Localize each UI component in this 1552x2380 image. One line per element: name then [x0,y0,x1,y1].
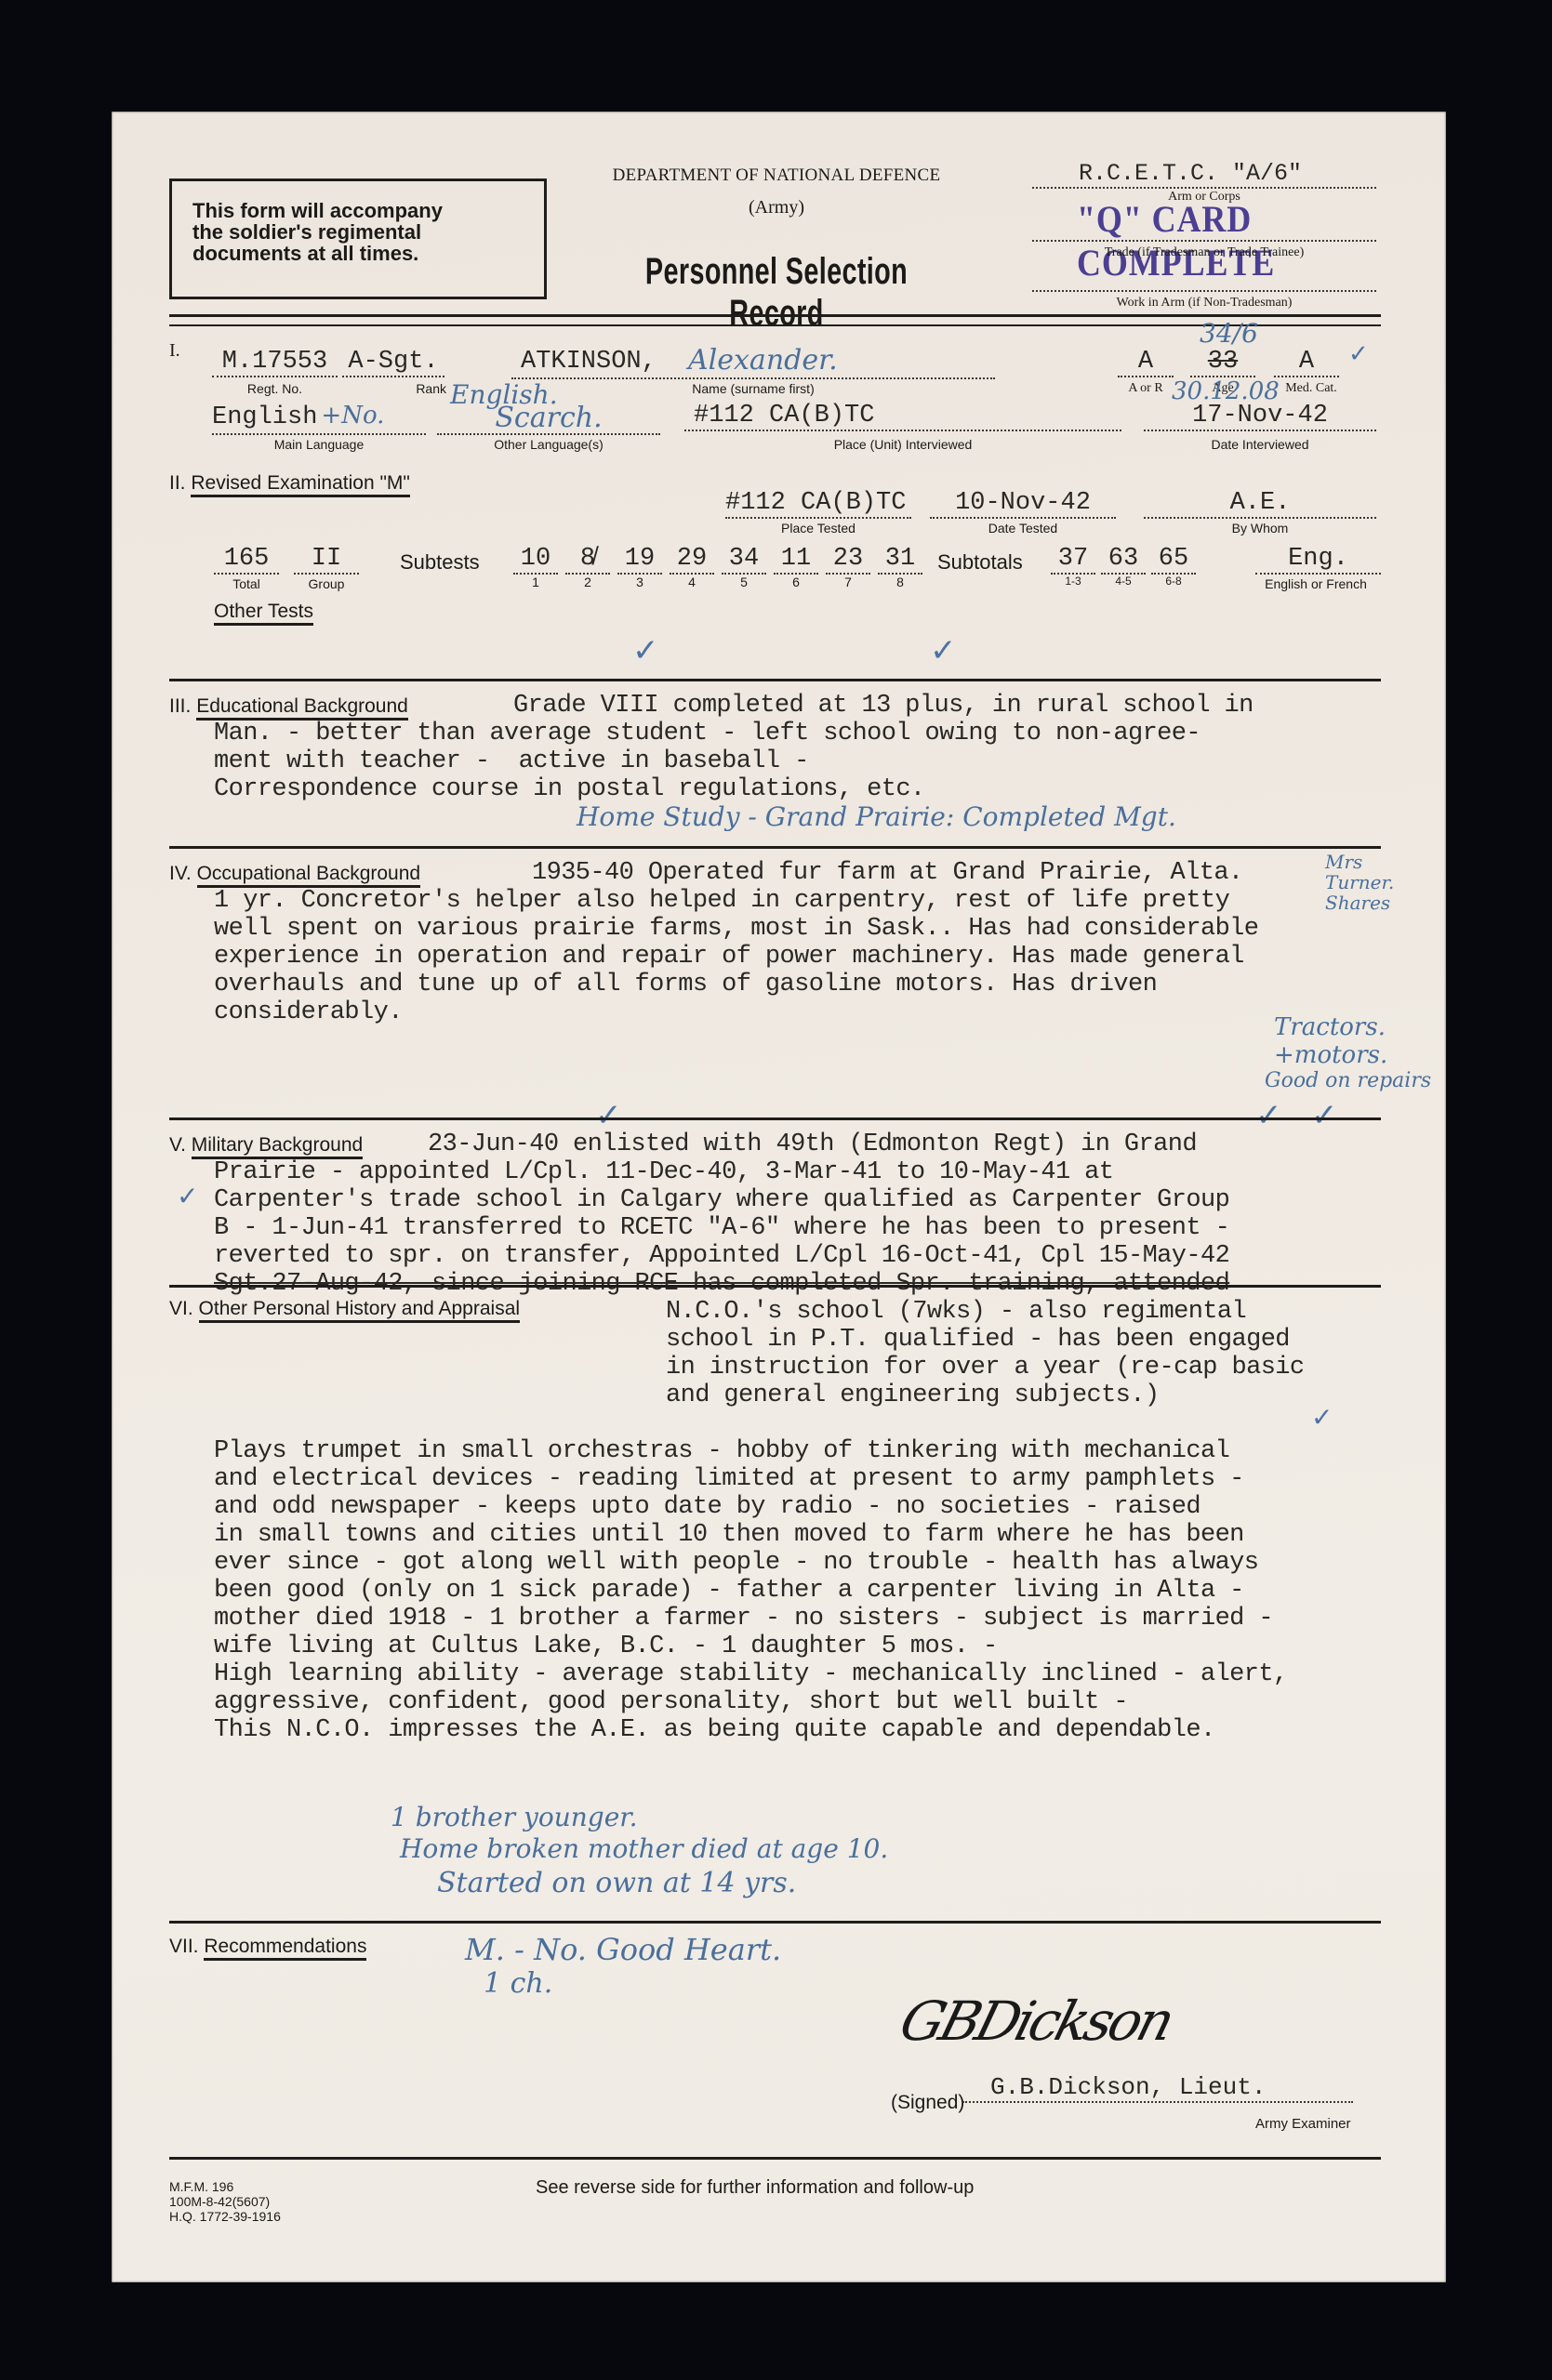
subtest-number: 2 [565,575,610,589]
subtotals-label: Subtotals [937,550,1023,575]
military-text-line: 23-Jun-40 enlisted with 49th (Edmonton R… [428,1130,1197,1158]
group-value: II [294,545,359,575]
handwritten-note: 1 brother younger. [391,1802,637,1832]
subtest-score: 29 [670,545,714,575]
subtotal-item: 371-3 [1051,545,1095,588]
appraisal-text-line: aggressive, confident, good personality,… [214,1688,1128,1716]
subtest-number: 6 [774,575,818,589]
appraisal-text-line: This N.C.O. impresses the A.E. as being … [214,1716,1215,1744]
subtotal-item: 656-8 [1151,545,1196,588]
date-tested-label: Date Tested [930,521,1116,535]
subtotal-score: 65 [1151,545,1196,575]
section-4-heading: IV. Occupational Background [169,863,420,885]
handwritten-note: Home broken mother died at age 10. [400,1833,888,1864]
subtest-number: 4 [670,575,714,589]
appraisal-side-line: N.C.O.'s school (7wks) - also regimental [666,1298,1246,1326]
appraisal-text-line: been good (only on 1 sick parade) - fath… [214,1577,1244,1605]
military-text-line: B - 1-Jun-41 transferred to RCETC "A-6" … [214,1214,1229,1242]
appraisal-side-line: in instruction for over a year (re-cap b… [666,1354,1305,1382]
subtest-number: 1 [513,575,558,589]
subtests-list: 101 8̸2 193 294 345 116 237 318 [513,545,922,589]
subtest-score: 19 [617,545,662,575]
handwritten-education-note: Home Study - Grand Prairie: Completed Mg… [577,801,1176,832]
name-field: ATKINSON, Alexander. [511,348,995,379]
arm-or-corps-value: R.C.E.T.C. "A/6" [1032,160,1376,189]
subtotal-item: 634-5 [1101,545,1146,588]
examiner-name: G.B.Dickson, Lieut. [962,2073,1353,2103]
given-name-handwritten: Alexander. [688,344,838,377]
appraisal-text-line: wife living at Cultus Lake, B.C. - 1 dau… [214,1633,998,1660]
subtest-number: 8 [878,575,922,589]
handwritten-note: Started on own at 14 yrs. [437,1867,796,1899]
handwritten-margin-note: Mrs Turner. Shares [1325,852,1427,913]
subtotal-score: 37 [1051,545,1095,575]
section-3-title: Educational Background [196,695,408,721]
section-4-title: Occupational Background [197,863,421,888]
occupation-text-line: overhauls and tune up of all forms of ga… [214,971,1157,998]
education-text-line: Correspondence course in postal regulati… [214,775,925,803]
age-value: 33 [1190,348,1255,377]
surname-value: ATKINSON, [521,348,657,376]
notice-box: This form will accompany the soldier's r… [169,178,547,299]
other-tests-label: Other Tests [214,601,313,626]
section-6-numeral: VI. [169,1298,193,1319]
total-score-label: Total [214,576,279,591]
occupation-text-line: well spent on various prairie farms, mos… [214,915,1258,943]
section-3-heading: III. Educational Background [169,695,408,718]
by-whom-value: A.E. [1144,489,1376,519]
education-text-line: Grade VIII completed at 13 plus, in rura… [513,692,1254,720]
section-4-numeral: IV. [169,863,192,884]
examiner-signature: GBDickson [894,1990,1178,2053]
total-score-value: 165 [214,545,279,575]
section-divider [169,1285,1381,1288]
notice-line: This form will accompany [192,200,531,221]
other-language-handwritten: Scarch. [437,402,660,435]
subtests-label: Subtests [400,550,480,575]
appraisal-side-line: and general engineering subjects.) [666,1382,1160,1409]
form-code: 100M-8-42(5607) [169,2194,270,2209]
footer-note: See reverse side for further information… [536,2177,974,2199]
section-2-numeral: II. [169,472,186,494]
subtest-item: 101 [513,545,558,589]
footer-divider [169,2157,1381,2160]
military-text-line: Carpenter's trade school in Calgary wher… [214,1186,1229,1214]
section-divider [169,1117,1381,1120]
department-label: DEPARTMENT OF NATIONAL DEFENCE [567,165,986,186]
personnel-selection-record: This form will accompany the soldier's r… [112,112,1446,2282]
appraisal-text-line: ever since - got along well with people … [214,1549,1258,1577]
appraisal-text-line: and odd newspaper - keeps upto date by r… [214,1493,1200,1521]
checkmark-icon: ✓ [1311,1402,1333,1433]
subtest-item: 193 [617,545,662,589]
group-label: Group [294,576,359,591]
section-5-heading: V. Military Background [169,1134,363,1157]
subtotal-range: 4-5 [1101,575,1146,588]
main-language-handwritten: +No. [321,402,384,430]
language-label: English or French [1246,576,1386,591]
checkmark-icon: ✓ [177,1181,198,1211]
appraisal-text-line: High learning ability - average stabilit… [214,1660,1288,1688]
section-6-title: Other Personal History and Appraisal [199,1298,521,1323]
occupation-text-line: 1 yr. Concretor's helper also helped in … [214,887,1229,915]
subtest-item: 116 [774,545,818,589]
branch-label: (Army) [567,197,986,218]
main-language-label: Main Language [212,437,426,452]
other-tests-heading: Other Tests [214,601,313,623]
section-7-numeral: VII. [169,1936,199,1957]
section-7-title: Recommendations [204,1936,366,1961]
section-5-numeral: V. [169,1134,186,1156]
checkmark-icon: ✓ [595,1097,622,1134]
work-in-arm-label: Work in Arm (if Non-Tradesman) [1032,296,1376,311]
subtest-item: 318 [878,545,922,589]
education-text-line: Man. - better than average student - lef… [214,720,1200,747]
section-6-heading: VI. Other Personal History and Appraisal [169,1298,520,1320]
subtotals-list: 371-3 634-5 656-8 [1051,545,1196,588]
notice-line: the soldier's regimental [192,221,531,243]
section-divider [169,679,1381,681]
subtotal-score: 63 [1101,545,1146,575]
date-tested-value: 10-Nov-42 [930,489,1116,519]
place-tested-label: Place Tested [725,521,911,535]
appraisal-text-line: in small towns and cities until 10 then … [214,1521,1244,1549]
med-cat-value: A [1274,348,1339,377]
subtest-score: 10 [513,545,558,575]
subtest-number: 7 [826,575,870,589]
subtest-score: 34 [722,545,766,575]
subtest-score: 23 [826,545,870,575]
military-text-line: Prairie - appointed L/Cpl. 11-Dec-40, 3-… [214,1158,1113,1186]
form-code: M.F.M. 196 [169,2179,233,2194]
section-divider [169,846,1381,849]
regt-no-value: M.17553 [212,348,338,377]
checkmark-icon: ✓ [1348,340,1369,368]
signed-label: (Signed) [891,2092,964,2114]
subtest-score: 11 [774,545,818,575]
section-5-title: Military Background [192,1134,363,1159]
work-in-arm-line [1032,290,1376,292]
subtest-item: 8̸2 [565,545,610,589]
handwritten-note: Tractors. [1274,1013,1386,1041]
handwritten-recommendation: M. - No. Good Heart. [465,1932,781,1967]
language-value: Eng. [1255,545,1381,575]
occupation-text-line: considerably. [214,998,403,1026]
main-language-value: English [212,403,317,431]
trade-line [1032,240,1376,242]
notice-line: documents at all times. [192,243,531,264]
date-interviewed-value: 17-Nov-42 [1144,402,1376,431]
occupation-text-line: experience in operation and repair of po… [214,943,1244,971]
section-2-heading: II. Revised Examination "M" [169,472,410,495]
med-cat-label: Med. Cat. [1265,381,1358,396]
appraisal-text-line: Plays trumpet in small orchestras - hobb… [214,1437,1229,1465]
struck-military-text-line: Sgt.27-Aug-42, since joining RCE has com… [214,1270,1229,1298]
rank-label: Rank [391,381,446,396]
appraisal-text-line: mother died 1918 - 1 brother a farmer - … [214,1605,1273,1633]
section-7-heading: VII. Recommendations [169,1936,366,1958]
subtest-score: 8̸ [565,545,610,575]
subtest-item: 345 [722,545,766,589]
place-interviewed-value: #112 CA(B)TC [684,402,1121,431]
checkmark-icon: ✓ [632,632,659,669]
subtest-item: 294 [670,545,714,589]
subtotal-range: 1-3 [1051,575,1095,588]
appraisal-text-line: and electrical devices - reading limited… [214,1465,1244,1493]
checkmark-icon: ✓ [930,632,957,669]
section-3-numeral: III. [169,695,191,717]
subtest-number: 5 [722,575,766,589]
section-divider [169,1921,1381,1924]
handwritten-note: +motors. [1274,1041,1387,1069]
subtest-score: 31 [878,545,922,575]
education-text-line: ment with teacher - active in baseball - [214,747,809,775]
section-2-title: Revised Examination "M" [191,472,410,497]
section-1-numeral: I. [169,340,180,362]
form-code: H.Q. 1772-39-1916 [169,2209,281,2224]
military-text-line: reverted to spr. on transfer, Appointed … [214,1242,1229,1270]
name-label: Name (surname first) [632,381,874,396]
examiner-role-label: Army Examiner [1255,2116,1351,2132]
subtest-number: 3 [617,575,662,589]
a-or-r-value: A [1118,348,1174,377]
regt-no-label: Regt. No. [212,381,338,396]
place-tested-value: #112 CA(B)TC [725,489,911,519]
subtest-item: 237 [826,545,870,589]
handwritten-age-correction: 34/6 [1200,318,1258,349]
place-interviewed-label: Place (Unit) Interviewed [684,437,1121,452]
by-whom-label: By Whom [1144,521,1376,535]
appraisal-side-line: school in P.T. qualified - has been enga… [666,1326,1290,1354]
checkmark-icon: ✓ [1311,1097,1338,1134]
handwritten-recommendation: 1 ch. [484,1967,552,2000]
occupation-text-line: 1935-40 Operated fur farm at Grand Prair… [532,859,1243,887]
date-interviewed-label: Date Interviewed [1144,437,1376,452]
checkmark-icon: ✓ [1255,1097,1282,1134]
rank-value: A-Sgt. [342,348,444,377]
subtotal-range: 6-8 [1151,575,1196,588]
other-language-label: Other Language(s) [437,437,660,452]
trade-label: Trade (if Tradesman or Trade Trainee) [1032,245,1376,260]
handwritten-note: Good on repairs [1265,1069,1431,1092]
main-language-field: English +No. [212,402,426,435]
